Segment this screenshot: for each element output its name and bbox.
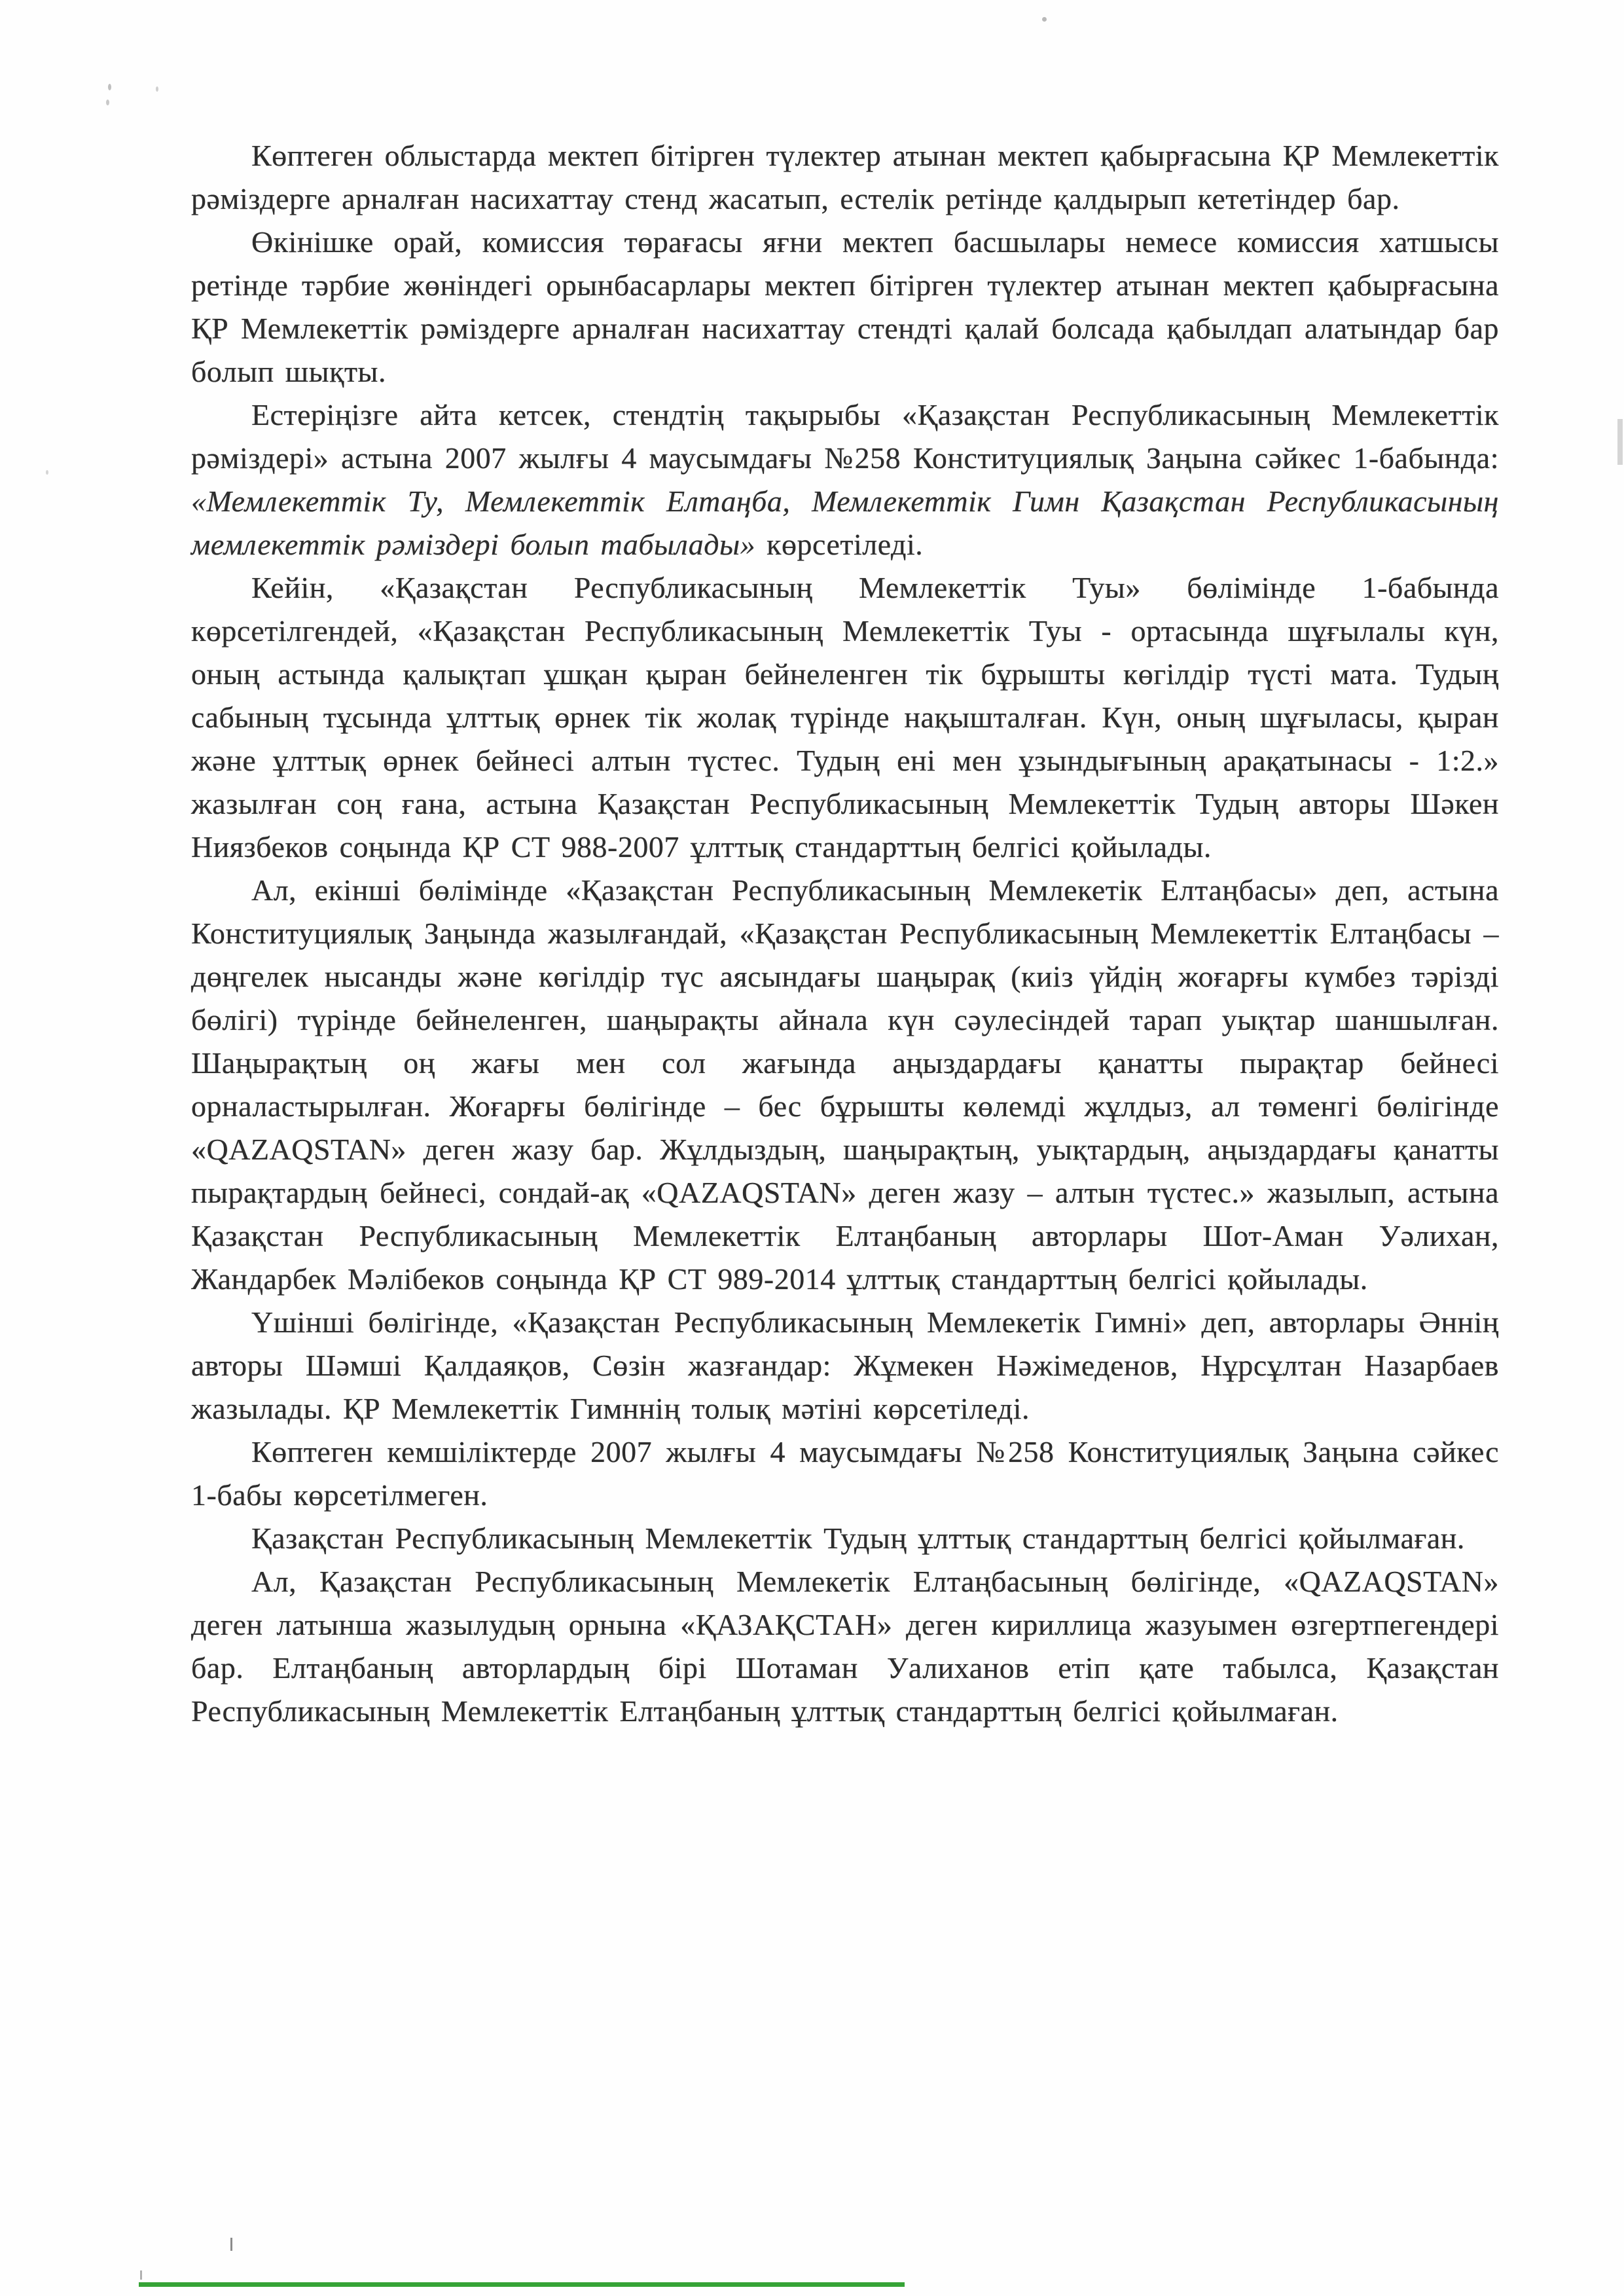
paragraph-text: Көптеген кемшіліктерде 2007 жылғы 4 маус…: [191, 1435, 1499, 1512]
paragraph-text: Қазақстан Республикасының Мемлекеттік Ту…: [251, 1522, 1465, 1555]
scan-speckle: [46, 470, 48, 475]
paragraph-1: Көптеген облыстарда мектеп бітірген түле…: [191, 134, 1499, 221]
scan-speckle: [106, 100, 109, 105]
paragraph-5: Ал, екінші бөлімінде «Қазақстан Республи…: [191, 869, 1499, 1301]
paragraph-text: Үшінші бөлігінде, «Қазақстан Республикас…: [191, 1305, 1499, 1425]
paragraph-3: Естеріңізге айта кетсек, стендтің тақыры…: [191, 393, 1499, 566]
paragraph-2: Өкінішке орай, комиссия төрағасы яғни ме…: [191, 221, 1499, 393]
paragraph-text: Естеріңізге айта кетсек, стендтің тақыры…: [191, 398, 1499, 475]
paragraph-text: Ал, екінші бөлімінде «Қазақстан Республи…: [191, 873, 1499, 1296]
document-text: Көптеген облыстарда мектеп бітірген түле…: [191, 134, 1499, 1733]
scan-mark: [140, 2270, 142, 2280]
scan-speckle: [108, 84, 111, 90]
scan-mark: [230, 2238, 232, 2251]
paragraph-text: Өкінішке орай, комиссия төрағасы яғни ме…: [191, 225, 1499, 388]
paragraph-9: Ал, Қазақстан Республикасының Мемлекетік…: [191, 1560, 1499, 1733]
paragraph-text: Көптеген облыстарда мектеп бітірген түле…: [191, 139, 1499, 215]
scan-speckle: [156, 86, 158, 92]
scan-artifact-green-line: [139, 2282, 905, 2287]
paragraph-4: Кейін, «Қазақстан Республикасының Мемлек…: [191, 566, 1499, 869]
scan-edge-smudge: [1617, 419, 1623, 465]
scanned-document-page: Көптеген облыстарда мектеп бітірген түле…: [0, 0, 1624, 2296]
scan-speckle: [1042, 17, 1047, 22]
paragraph-6: Үшінші бөлігінде, «Қазақстан Республикас…: [191, 1301, 1499, 1430]
paragraph-7: Көптеген кемшіліктерде 2007 жылғы 4 маус…: [191, 1430, 1499, 1517]
paragraph-text: Ал, Қазақстан Республикасының Мемлекетік…: [191, 1565, 1499, 1728]
paragraph-text: көрсетіледі.: [755, 528, 923, 561]
paragraph-text: Кейін, «Қазақстан Республикасының Мемлек…: [191, 571, 1499, 864]
paragraph-8: Қазақстан Республикасының Мемлекеттік Ту…: [191, 1517, 1499, 1560]
